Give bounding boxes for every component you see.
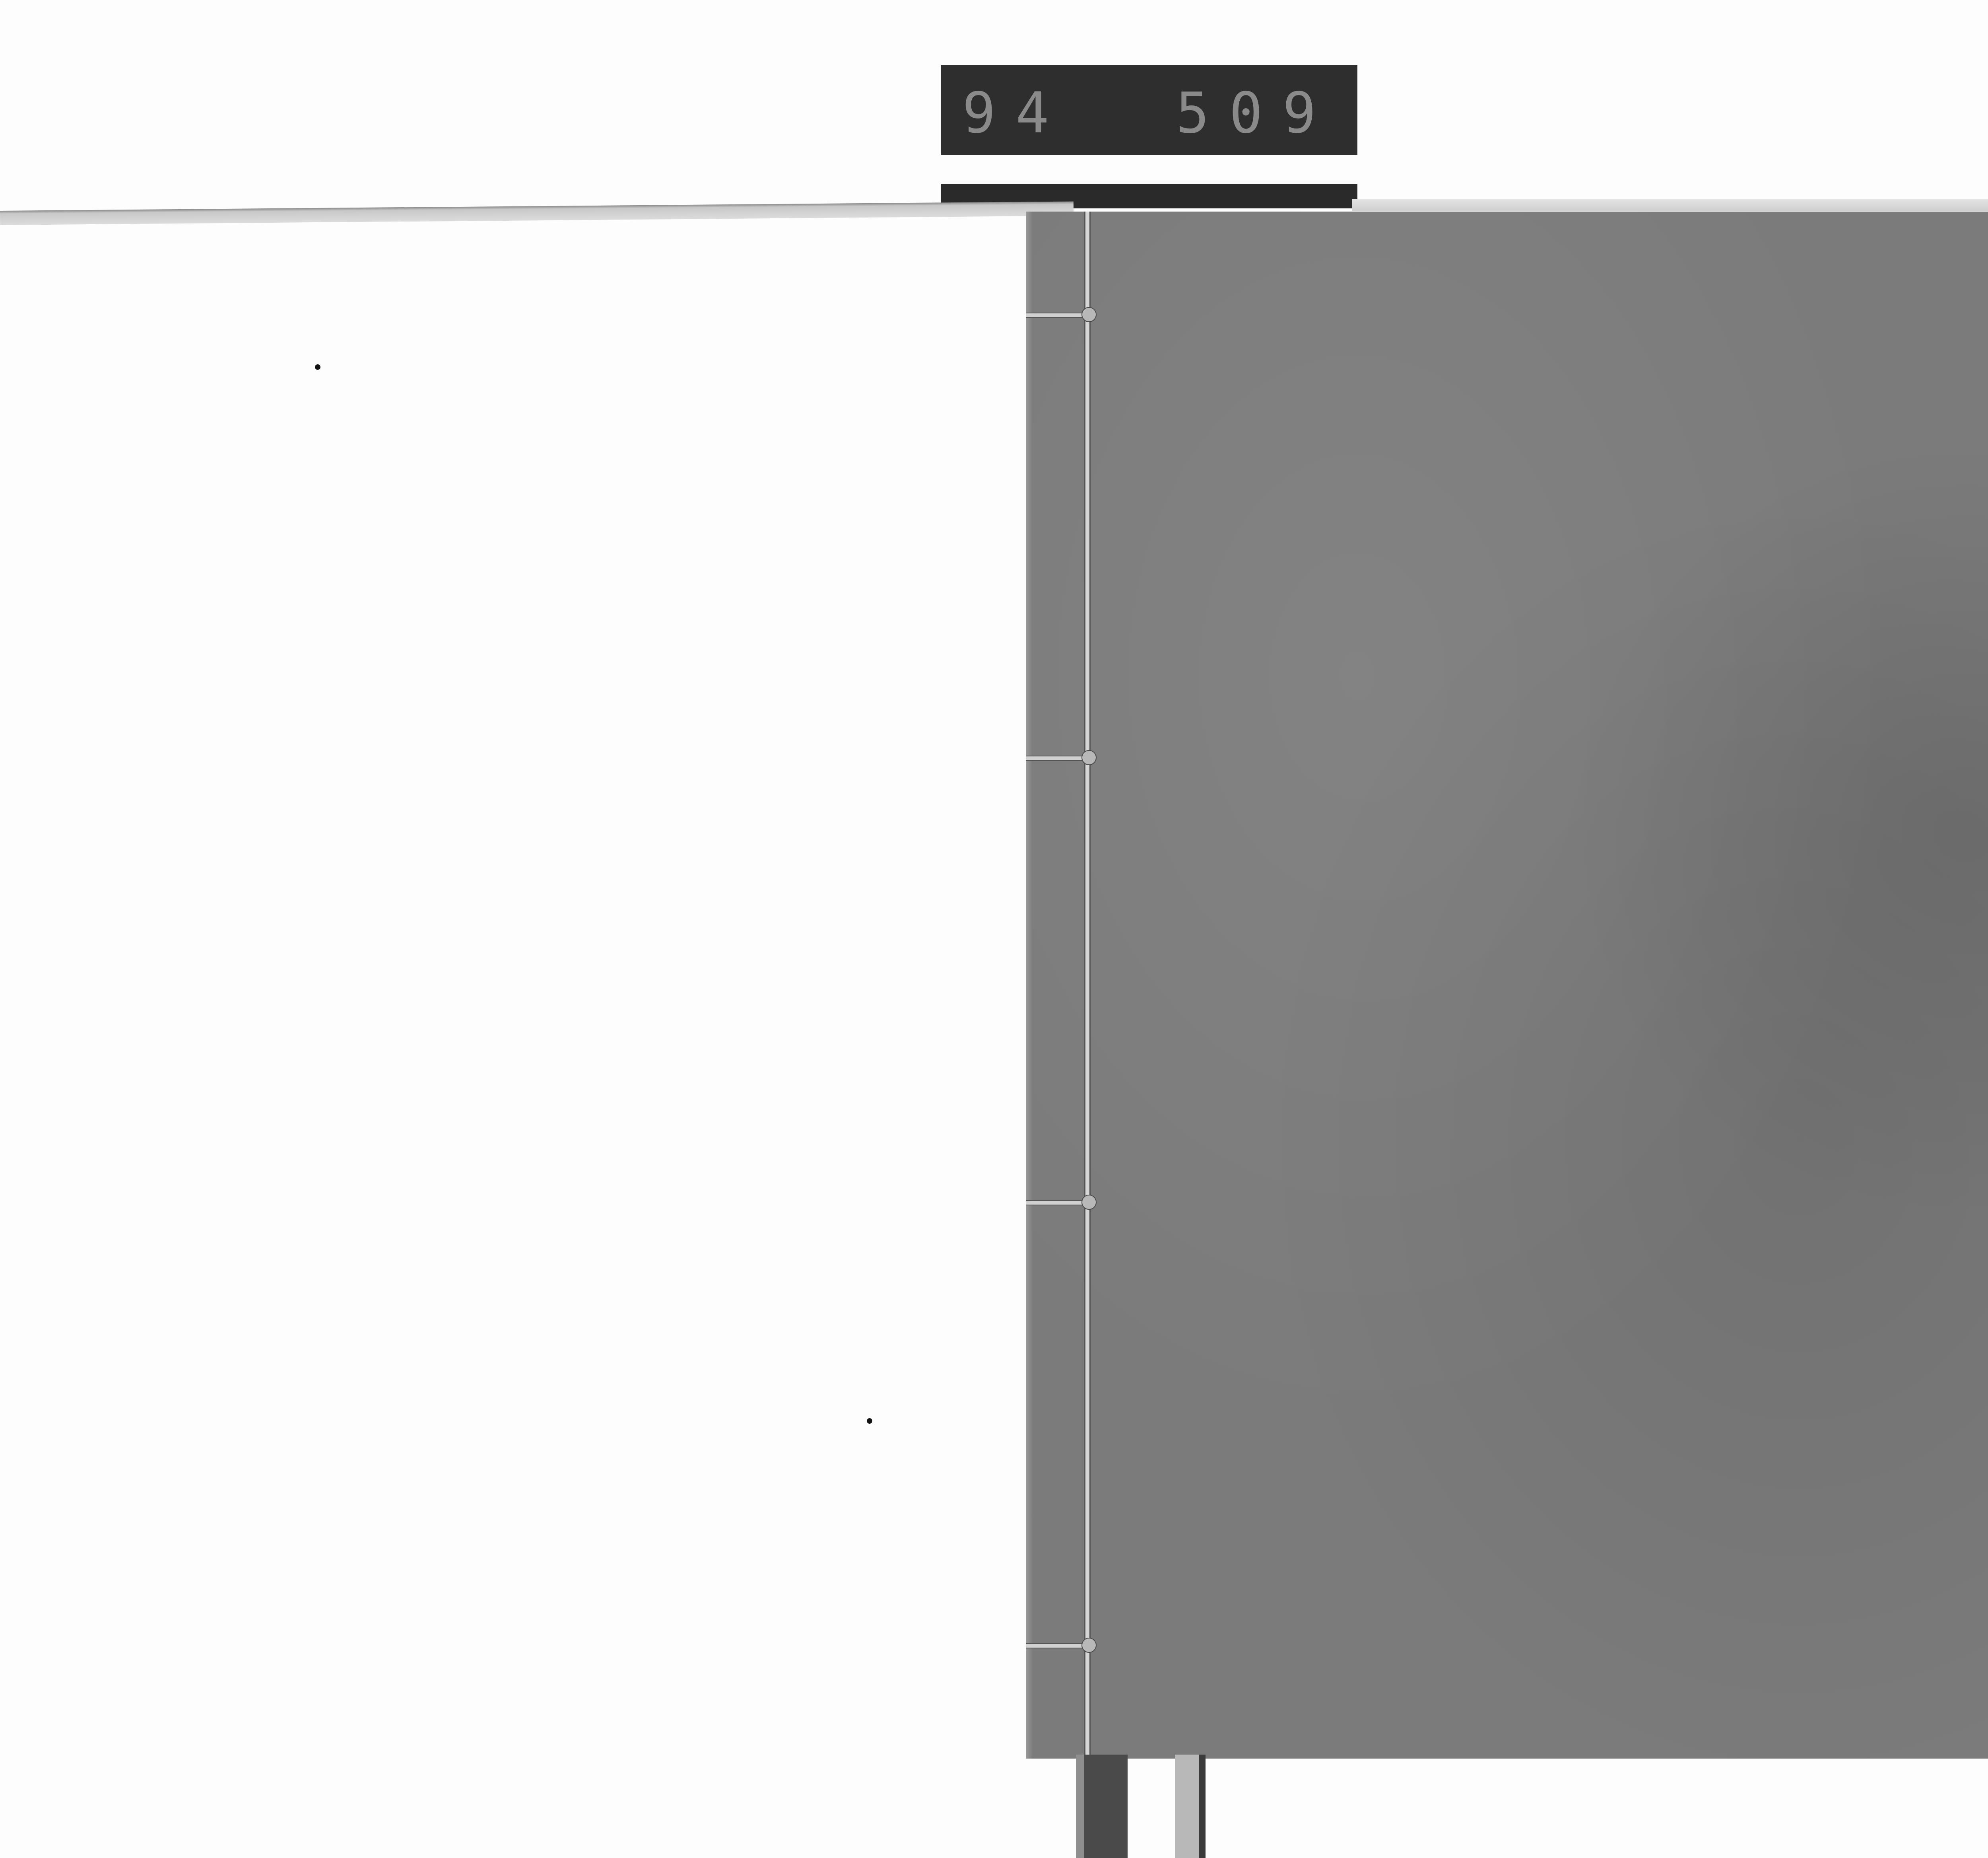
- frame-counter: 94 509: [941, 65, 1357, 155]
- ribbon-light: [1175, 1755, 1199, 1858]
- ribbon-thin: [1199, 1755, 1206, 1858]
- stitch-4: [1026, 1643, 1087, 1648]
- ruler-edge-right: [1352, 199, 1988, 211]
- book-cover: [1026, 212, 1988, 1759]
- stitch-knot-1: [1081, 307, 1097, 322]
- frame-counter-text: 94 509: [941, 81, 1357, 146]
- speck: [315, 364, 320, 370]
- stitch-3: [1026, 1200, 1087, 1205]
- stitch-knot-3: [1081, 1195, 1097, 1210]
- page-edge-strip: [1076, 1755, 1085, 1858]
- stitch-knot-4: [1081, 1638, 1097, 1653]
- stitch-2: [1026, 756, 1087, 761]
- ribbon-dark: [1084, 1755, 1128, 1858]
- speck: [867, 1418, 872, 1424]
- spine-edge: [1026, 212, 1033, 1759]
- spine-thread: [1085, 212, 1089, 1759]
- stitch-1: [1026, 313, 1087, 318]
- ruler-edge-left: [0, 201, 1074, 225]
- stitch-knot-2: [1081, 750, 1097, 765]
